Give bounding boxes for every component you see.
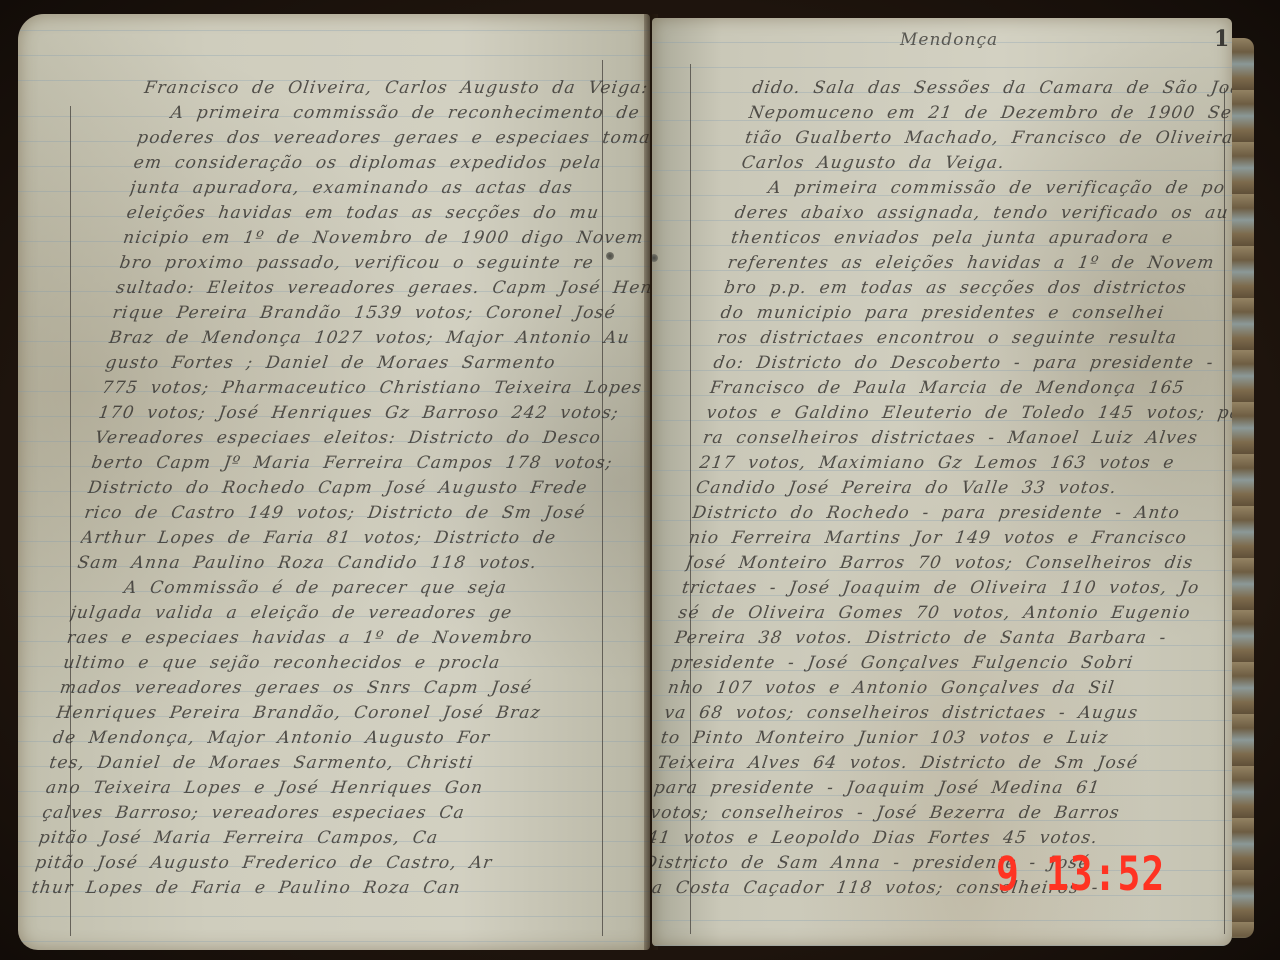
left-page: Francisco de Oliveira, Carlos Augusto da… — [18, 14, 650, 950]
text-line: Arthur Lopes de Faria 81 votos; District… — [79, 526, 632, 551]
text-line: poderes dos vereadores geraes e especiae… — [135, 126, 650, 151]
text-line: Teixeira Alves 64 votos. Districto de Sm… — [656, 751, 1194, 776]
text-line: Candido José Pereira do Valle 33 votos. — [694, 476, 1232, 501]
text-line: do: Districto do Descoberto - para presi… — [712, 351, 1232, 376]
text-line: em consideração os diplomas expedidos pe… — [132, 151, 650, 176]
text-line: pitão José Augusto Frederico de Castro, … — [34, 851, 587, 876]
text-line: to Pinto Monteiro Junior 103 votos e Lui… — [659, 726, 1197, 751]
text-line: referentes as eleições havidas a 1º de N… — [726, 251, 1232, 276]
text-line: para presidente - Joaquim José Medina 61 — [652, 776, 1190, 801]
text-line: nho 107 votos e Antonio Gonçalves da Sil — [666, 676, 1204, 701]
text-line: thenticos enviados pela junta apuradora … — [729, 226, 1232, 251]
text-line: raes e especiaes havidas a 1º de Novembr… — [65, 626, 618, 651]
text-line: julgada valida a eleição de vereadores g… — [69, 601, 622, 626]
right-page-text: dido. Sala das Sessões da Camara de São … — [652, 76, 1232, 901]
text-line: nio Ferreira Martins Jor 149 votos e Fra… — [687, 526, 1225, 551]
text-line: Districto do Rochedo - para presidente -… — [691, 501, 1229, 526]
text-line: Carlos Augusto da Veiga. — [740, 151, 1232, 176]
timestamp-time: 13:52 — [1046, 846, 1165, 901]
text-line: ra conselheiros districtaes - Manoel Lui… — [701, 426, 1232, 451]
text-line: va 68 votos; conselheiros districtaes - … — [663, 701, 1201, 726]
text-line: José Monteiro Barros 70 votos; Conselhei… — [684, 551, 1222, 576]
text-line: berto Capm Jº Maria Ferreira Campos 178 … — [90, 451, 643, 476]
text-line: rique Pereira Brandão 1539 votos; Corone… — [111, 301, 650, 326]
text-line: A Commissão é de parecer que seja — [72, 576, 625, 601]
text-line: çalves Barroso; vereadores especiaes Ca — [41, 801, 594, 826]
text-line: do municipio para presidentes e conselhe… — [719, 301, 1232, 326]
text-line: mados vereadores geraes os Snrs Capm Jos… — [58, 676, 611, 701]
text-line: 170 votos; José Henriques Gz Barroso 242… — [97, 401, 650, 426]
text-line: trictaes - José Joaquim de Oliveira 110 … — [680, 576, 1218, 601]
text-line: Sam Anna Paulino Roza Candido 118 votos. — [76, 551, 629, 576]
text-line: nicipio em 1º de Novembro de 1900 digo N… — [121, 226, 650, 251]
torn-page-edges — [1232, 38, 1254, 938]
text-line: votos e Galdino Eleuterio de Toledo 145 … — [705, 401, 1232, 426]
text-line: ano Teixeira Lopes e José Henriques Gon — [44, 776, 597, 801]
text-line: bro proximo passado, verificou o seguint… — [118, 251, 650, 276]
text-line: A primeira commissão de reconhecimento d… — [139, 101, 650, 126]
text-line: thur Lopes de Faria e Paulino Roza Can — [30, 876, 583, 901]
page-heading: Mendonça — [900, 30, 998, 50]
text-line: 775 votos; Pharmaceutico Christiano Teix… — [100, 376, 650, 401]
text-line: Nepomuceno em 21 de Dezembro de 1900 Seb… — [747, 101, 1232, 126]
text-line: votos; conselheiros - José Bezerra de Ba… — [652, 801, 1187, 826]
text-line: Vereadores especiaes eleitos: Districto … — [93, 426, 646, 451]
text-line: ros districtaes encontrou o seguinte res… — [715, 326, 1232, 351]
text-line: de Mendonça, Major Antonio Augusto For — [51, 726, 604, 751]
text-line: Braz de Mendonça 1027 votos; Major Anton… — [107, 326, 650, 351]
text-line: presidente - José Gonçalves Fulgencio So… — [670, 651, 1208, 676]
text-line: Pereira 38 votos. Districto de Santa Bar… — [673, 626, 1211, 651]
right-page: Mendonça 12 dido. Sala das Sessões da Ca… — [652, 18, 1232, 946]
text-line: bro p.p. em todas as secções dos distric… — [722, 276, 1232, 301]
text-line: gusto Fortes ; Daniel de Moraes Sarmento — [104, 351, 650, 376]
text-line: pitão José Maria Ferreira Campos, Ca — [37, 826, 590, 851]
text-line: Henriques Pereira Brandão, Coronel José … — [55, 701, 608, 726]
text-line: sé de Oliveira Gomes 70 votos, Antonio E… — [677, 601, 1215, 626]
text-line: A primeira commissão de verificação de p… — [736, 176, 1232, 201]
text-line: Francisco de Oliveira, Carlos Augusto da… — [142, 76, 650, 101]
text-line: ultimo e que sejão reconhecidos e procla — [62, 651, 615, 676]
text-line: sultado: Eleitos vereadores geraes. Capm… — [114, 276, 650, 301]
text-line: rico de Castro 149 votos; Districto de S… — [83, 501, 636, 526]
open-ledger-book: Francisco de Oliveira, Carlos Augusto da… — [14, 8, 1254, 956]
text-line: eleições havidas em todas as secções do … — [125, 201, 650, 226]
text-line: 217 votos, Maximiano Gz Lemos 163 votos … — [698, 451, 1232, 476]
text-line: Districto do Rochedo Capm José Augusto F… — [86, 476, 639, 501]
text-line: tes, Daniel de Moraes Sarmento, Christi — [48, 751, 601, 776]
timestamp-day: 9 — [996, 846, 1020, 901]
text-line: junta apuradora, examinando as actas das — [128, 176, 650, 201]
page-number: 12 — [1214, 26, 1232, 52]
camera-timestamp-overlay: 913:52 — [996, 846, 1165, 901]
text-line: Francisco de Paula Marcia de Mendonça 16… — [708, 376, 1232, 401]
text-line: deres abaixo assignada, tendo verificado… — [733, 201, 1232, 226]
text-line: dido. Sala das Sessões da Camara de São … — [750, 76, 1232, 101]
text-line: tião Gualberto Machado, Francisco de Oli… — [743, 126, 1232, 151]
